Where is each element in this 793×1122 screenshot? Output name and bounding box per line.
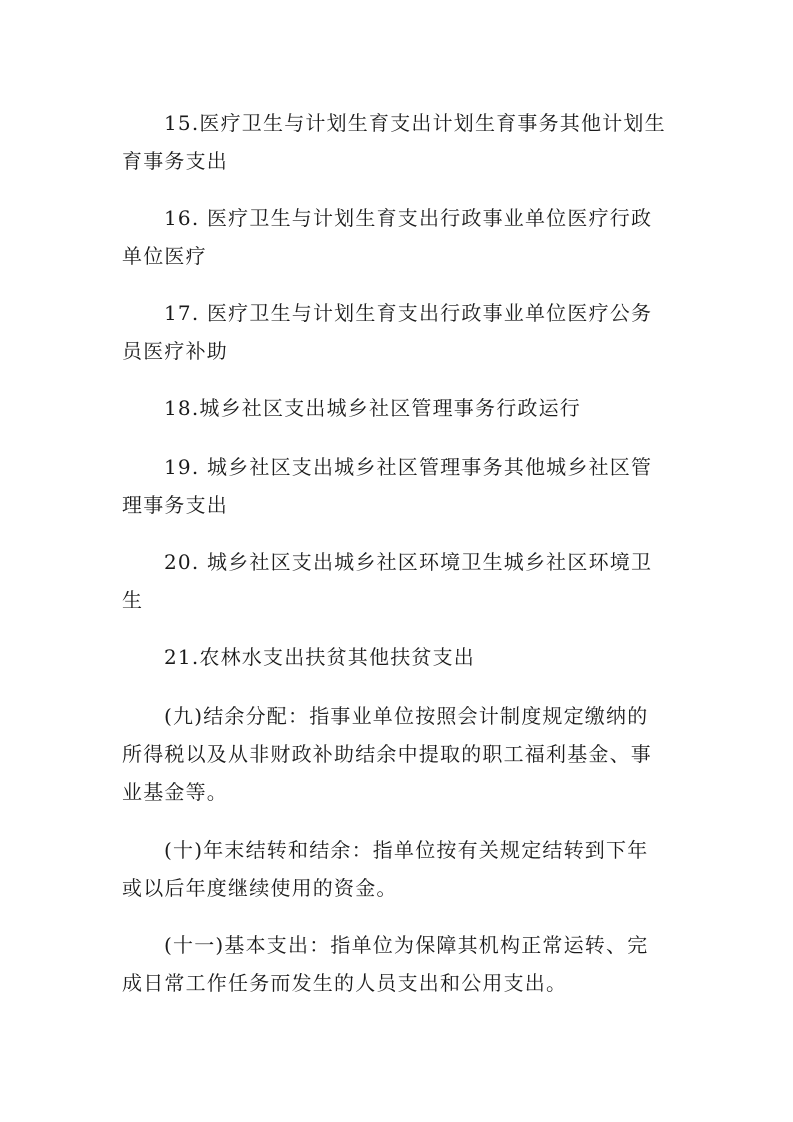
section-year-end-carryover: (十)年末结转和结余：指单位按有关规定结转到下年或以后年度继续使用的资金。 — [122, 831, 667, 907]
list-item-16: 16. 医疗卫生与计划生育支出行政事业单位医疗行政单位医疗 — [122, 199, 667, 275]
section-basic-expenditure: (十一)基本支出：指单位为保障其机构正常运转、完成日常工作任务而发生的人员支出和… — [122, 926, 667, 1002]
list-item-15: 15.医疗卫生与计划生育支出计划生育事务其他计划生育事务支出 — [122, 104, 667, 180]
list-item-17: 17. 医疗卫生与计划生育支出行政事业单位医疗公务员医疗补助 — [122, 294, 667, 370]
section-balance-distribution: (九)结余分配：指事业单位按照会计制度规定缴纳的所得税以及从非财政补助结余中提取… — [122, 697, 667, 811]
document-page: 15.医疗卫生与计划生育支出计划生育事务其他计划生育事务支出 16. 医疗卫生与… — [0, 0, 793, 1122]
list-item-18: 18.城乡社区支出城乡社区管理事务行政运行 — [122, 389, 667, 427]
list-item-20: 20. 城乡社区支出城乡社区环境卫生城乡社区环境卫生 — [122, 543, 667, 619]
list-item-21: 21.农林水支出扶贫其他扶贫支出 — [122, 638, 667, 676]
list-item-19: 19. 城乡社区支出城乡社区管理事务其他城乡社区管理事务支出 — [122, 448, 667, 524]
